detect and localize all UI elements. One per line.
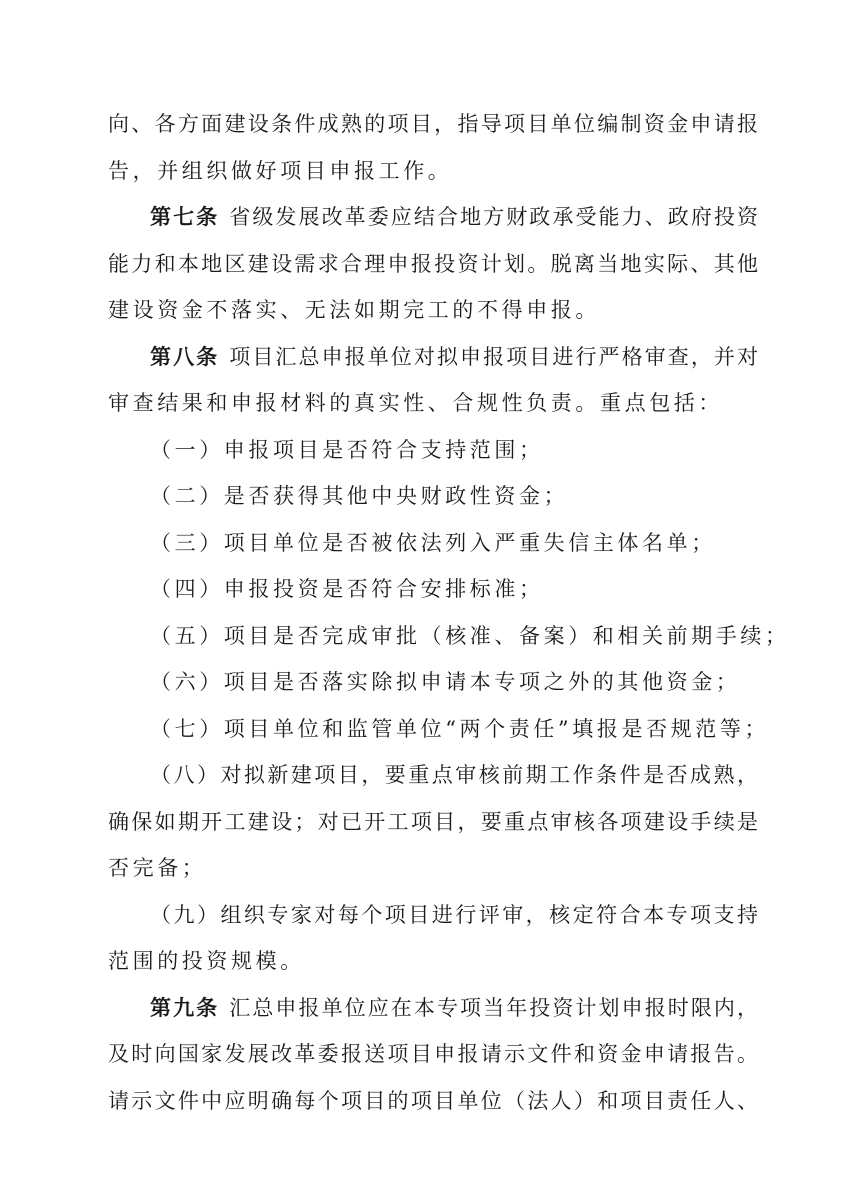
article-heading: 第七条 [150,205,219,229]
list-item-2: （二）是否获得其他中央财政性资金； [108,473,758,520]
text-span: 汇总申报单位应在本专项当年投资计划申报时限内， [229,996,758,1020]
article-heading: 第八条 [150,345,219,369]
text-line: 告，并组织做好项目申报工作。 [108,148,758,195]
list-item-3: （三）项目单位是否被依法列入严重失信主体名单； [108,520,758,567]
text-line: 向、各方面建设条件成熟的项目，指导项目单位编制资金申请报 [108,101,758,148]
document-page: 向、各方面建设条件成熟的项目，指导项目单位编制资金申请报 告，并组织做好项目申报… [108,101,758,1124]
list-item-5: （五）项目是否完成审批（核准、备案）和相关前期手续； [108,613,758,660]
list-item-9: （九）组织专家对每个项目进行评审，核定符合本专项支持 范围的投资规模。 [108,892,758,985]
text-line: 确保如期开工建设；对已开工项目，要重点审核各项建设手续是 [108,799,758,846]
text-line: 第七条省级发展改革委应结合地方财政承受能力、政府投资 [108,194,758,241]
text-span: 省级发展改革委应结合地方财政承受能力、政府投资 [229,205,758,229]
list-item-7: （七）项目单位和监管单位“两个责任”填报是否规范等； [108,706,758,753]
paragraph-article-8: 第八条项目汇总申报单位对拟申报项目进行严格审查，并对 审查结果和申报材料的真实性… [108,334,758,427]
text-line: 及时向国家发展改革委报送项目申报请示文件和资金申请报告。 [108,1031,758,1078]
paragraph-article-7: 第七条省级发展改革委应结合地方财政承受能力、政府投资 能力和本地区建设需求合理申… [108,194,758,334]
text-line: 范围的投资规模。 [108,938,758,985]
text-line: 能力和本地区建设需求合理申报投资计划。脱离当地实际、其他 [108,241,758,288]
list-item-1: （一）申报项目是否符合支持范围； [108,427,758,474]
paragraph-intro-continuation: 向、各方面建设条件成熟的项目，指导项目单位编制资金申请报 告，并组织做好项目申报… [108,101,758,194]
list-item-6: （六）项目是否落实除拟申请本专项之外的其他资金； [108,659,758,706]
text-line: 审查结果和申报材料的真实性、合规性负责。重点包括： [108,380,758,427]
text-line: 建设资金不落实、无法如期完工的不得申报。 [108,287,758,334]
article-heading: 第九条 [150,996,219,1020]
text-line: 否完备； [108,845,758,892]
list-item-8: （八）对拟新建项目，要重点审核前期工作条件是否成熟， 确保如期开工建设；对已开工… [108,752,758,892]
text-line: （九）组织专家对每个项目进行评审，核定符合本专项支持 [108,892,758,939]
list-item-4: （四）申报投资是否符合安排标准； [108,566,758,613]
paragraph-article-9: 第九条汇总申报单位应在本专项当年投资计划申报时限内， 及时向国家发展改革委报送项… [108,985,758,1125]
text-line: 第九条汇总申报单位应在本专项当年投资计划申报时限内， [108,985,758,1032]
text-span: 项目汇总申报单位对拟申报项目进行严格审查，并对 [229,345,758,369]
text-line: 第八条项目汇总申报单位对拟申报项目进行严格审查，并对 [108,334,758,381]
text-line: （八）对拟新建项目，要重点审核前期工作条件是否成熟， [108,752,758,799]
text-line: 请示文件中应明确每个项目的项目单位（法人）和项目责任人、 [108,1078,758,1125]
